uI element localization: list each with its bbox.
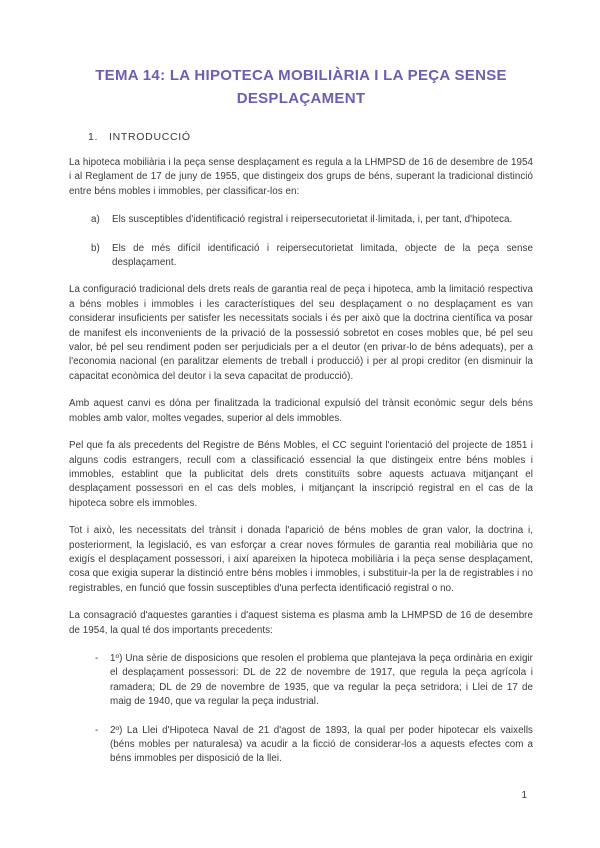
list-marker-b: b) — [91, 242, 112, 271]
bullet-item-2: - 2º) La Llei d'Hipoteca Naval de 21 d'a… — [69, 724, 533, 767]
bullet-marker-2: - — [95, 724, 110, 767]
section-label: INTRODUCCIÓ — [109, 131, 191, 143]
document-title: TEMA 14: LA HIPOTECA MOBILIÀRIA I LA PEÇ… — [69, 64, 533, 110]
list-marker-a: a) — [91, 213, 112, 227]
list-item-a: a) Els susceptibles d'identificació regi… — [69, 213, 533, 227]
page-number: 1 — [521, 790, 527, 801]
bullet-text-1: 1º) Una sèrie de disposicions que resole… — [110, 652, 533, 710]
list-text-a: Els susceptibles d'identificació registr… — [112, 213, 533, 227]
list-item-b: b) Els de més difícil identificació i re… — [69, 242, 533, 271]
paragraph-intro: La hipoteca mobiliària i la peça sense d… — [69, 156, 533, 199]
paragraph-canvi: Amb aquest canvi es dóna per finalitzada… — [69, 397, 533, 426]
paragraph-necessitats-transit: Tot i això, les necessitats del trànsit … — [69, 524, 533, 596]
paragraph-configuracio: La configuració tradicional dels drets r… — [69, 283, 533, 384]
section-number: 1. — [88, 131, 109, 143]
bullet-item-1: - 1º) Una sèrie de disposicions que reso… — [69, 652, 533, 710]
document-content: TEMA 14: LA HIPOTECA MOBILIÀRIA I LA PEÇ… — [69, 64, 533, 767]
document-page: TEMA 14: LA HIPOTECA MOBILIÀRIA I LA PEÇ… — [0, 0, 600, 848]
paragraph-consagracio: La consagració d'aquestes garanties i d'… — [69, 609, 533, 638]
list-text-b: Els de més difícil identificació i reipe… — [112, 242, 533, 271]
section-heading: 1. INTRODUCCIÓ — [88, 131, 533, 143]
bullet-marker-1: - — [95, 652, 110, 710]
paragraph-precedents-registre: Pel que fa als precedents del Registre d… — [69, 439, 533, 511]
bullet-text-2: 2º) La Llei d'Hipoteca Naval de 21 d'ago… — [110, 724, 533, 767]
